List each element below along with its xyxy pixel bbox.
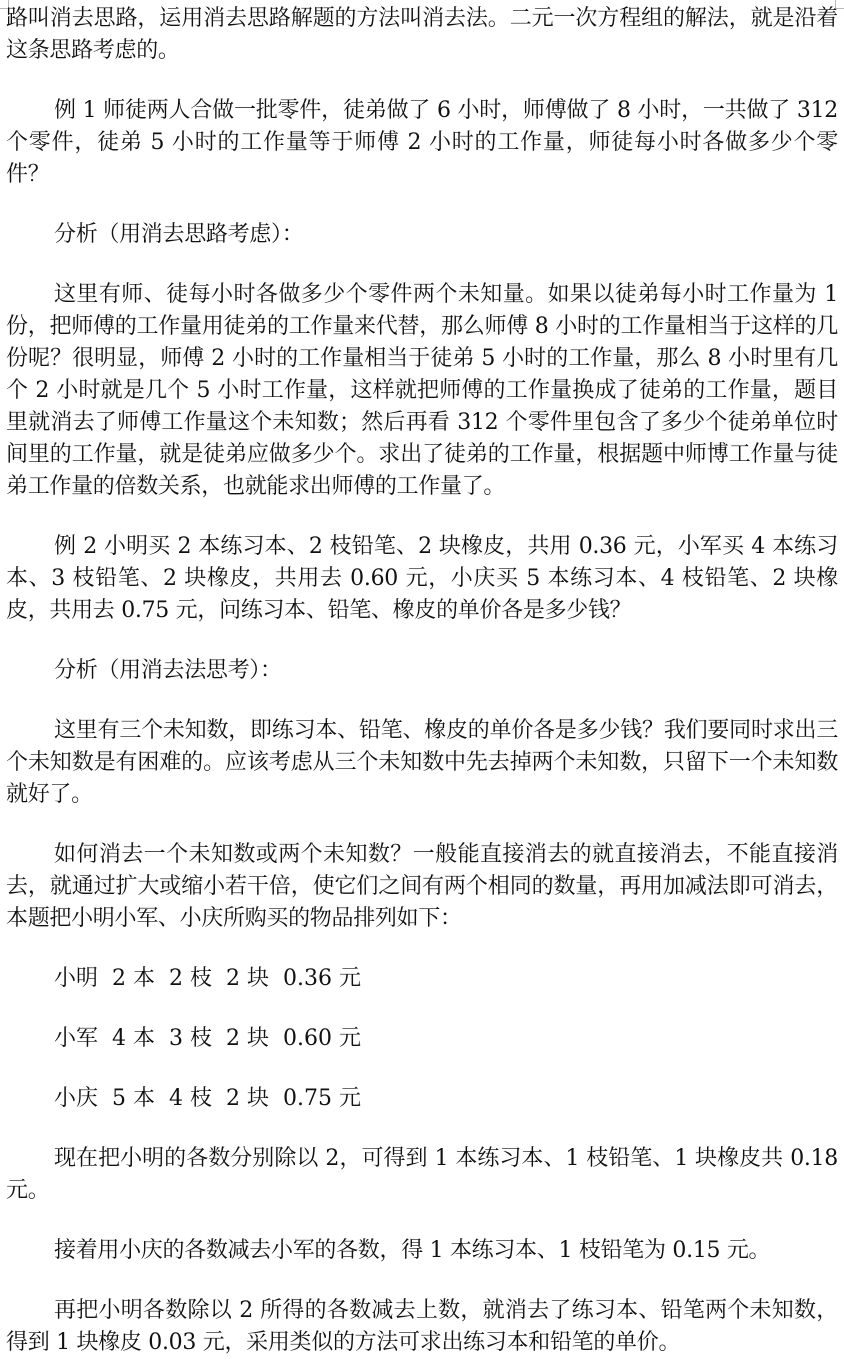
total-cost: 0.60 元 xyxy=(283,1026,361,1051)
purchase-row-xiaoqing: 小庆 5 本 4 枝 2 块 0.75 元 xyxy=(6,1083,838,1115)
paragraph-spacer xyxy=(6,627,838,655)
paragraph-step-3: 再把小明各数除以 2 所得的各数减去上数，就消去了练习本、铅笔两个未知数，得到 … xyxy=(6,1295,838,1359)
paragraph-spacer xyxy=(6,503,838,531)
paragraph-step-1: 现在把小明的各数分别除以 2，可得到 1 本练习本、1 枝铅笔、1 块橡皮共 0… xyxy=(6,1143,838,1207)
paragraph-analysis-2-body: 这里有三个未知数，即练习本、铅笔、橡皮的单价各是多少钱？我们要同时求出三个未知数… xyxy=(6,715,838,811)
pencils-count: 4 枝 xyxy=(169,1086,212,1111)
erasers-count: 2 块 xyxy=(226,1086,269,1111)
paragraph-spacer xyxy=(6,935,838,963)
books-count: 2 本 xyxy=(112,966,155,991)
books-count: 5 本 xyxy=(112,1086,155,1111)
paragraph-spacer xyxy=(6,811,838,839)
paragraph-spacer xyxy=(6,1267,838,1295)
purchase-row-xiaoming: 小明 2 本 2 枝 2 块 0.36 元 xyxy=(6,963,838,995)
paragraph-intro: 路叫消去思路，运用消去思路解题的方法叫消去法。二元一次方程组的解法，就是沿着这条… xyxy=(6,3,838,67)
paragraph-analysis-1-heading: 分析（用消去思路考虑）： xyxy=(6,219,838,251)
paragraph-spacer xyxy=(6,1115,838,1143)
buyer-name: 小明 xyxy=(54,966,98,991)
paragraph-spacer xyxy=(6,67,838,95)
paragraph-spacer xyxy=(6,995,838,1023)
buyer-name: 小庆 xyxy=(54,1086,98,1111)
paragraph-example-1: 例 1 师徒两人合做一批零件，徒弟做了 6 小时，师傅做了 8 小时，一共做了 … xyxy=(6,95,838,191)
erasers-count: 2 块 xyxy=(226,966,269,991)
buyer-name: 小军 xyxy=(54,1026,98,1051)
erasers-count: 2 块 xyxy=(226,1026,269,1051)
total-cost: 0.75 元 xyxy=(283,1086,361,1111)
paragraph-spacer xyxy=(6,191,838,219)
purchase-row-xiaojun: 小军 4 本 3 枝 2 块 0.60 元 xyxy=(6,1023,838,1055)
paragraph-spacer xyxy=(6,1207,838,1235)
paragraph-spacer xyxy=(6,1055,838,1083)
pencils-count: 2 枝 xyxy=(169,966,212,991)
paragraph-step-2: 接着用小庆的各数减去小军的各数，得 1 本练习本、1 枝铅笔为 0.15 元。 xyxy=(6,1235,838,1267)
paragraph-spacer xyxy=(6,251,838,279)
document-page: 路叫消去思路，运用消去思路解题的方法叫消去法。二元一次方程组的解法，就是沿着这条… xyxy=(6,3,838,1359)
paragraph-method: 如何消去一个未知数或两个未知数？一般能直接消去的就直接消去，不能直接消去，就通过… xyxy=(6,839,838,935)
pencils-count: 3 枝 xyxy=(169,1026,212,1051)
paragraph-spacer xyxy=(6,687,838,715)
total-cost: 0.36 元 xyxy=(283,966,361,991)
paragraph-analysis-2-heading: 分析（用消去法思考）： xyxy=(6,655,838,687)
books-count: 4 本 xyxy=(112,1026,155,1051)
paragraph-example-2: 例 2 小明买 2 本练习本、2 枝铅笔、2 块橡皮，共用 0.36 元，小军买… xyxy=(6,531,838,627)
paragraph-analysis-1-body: 这里有师、徒每小时各做多少个零件两个未知量。如果以徒弟每小时工作量为 1 份，把… xyxy=(6,279,838,503)
